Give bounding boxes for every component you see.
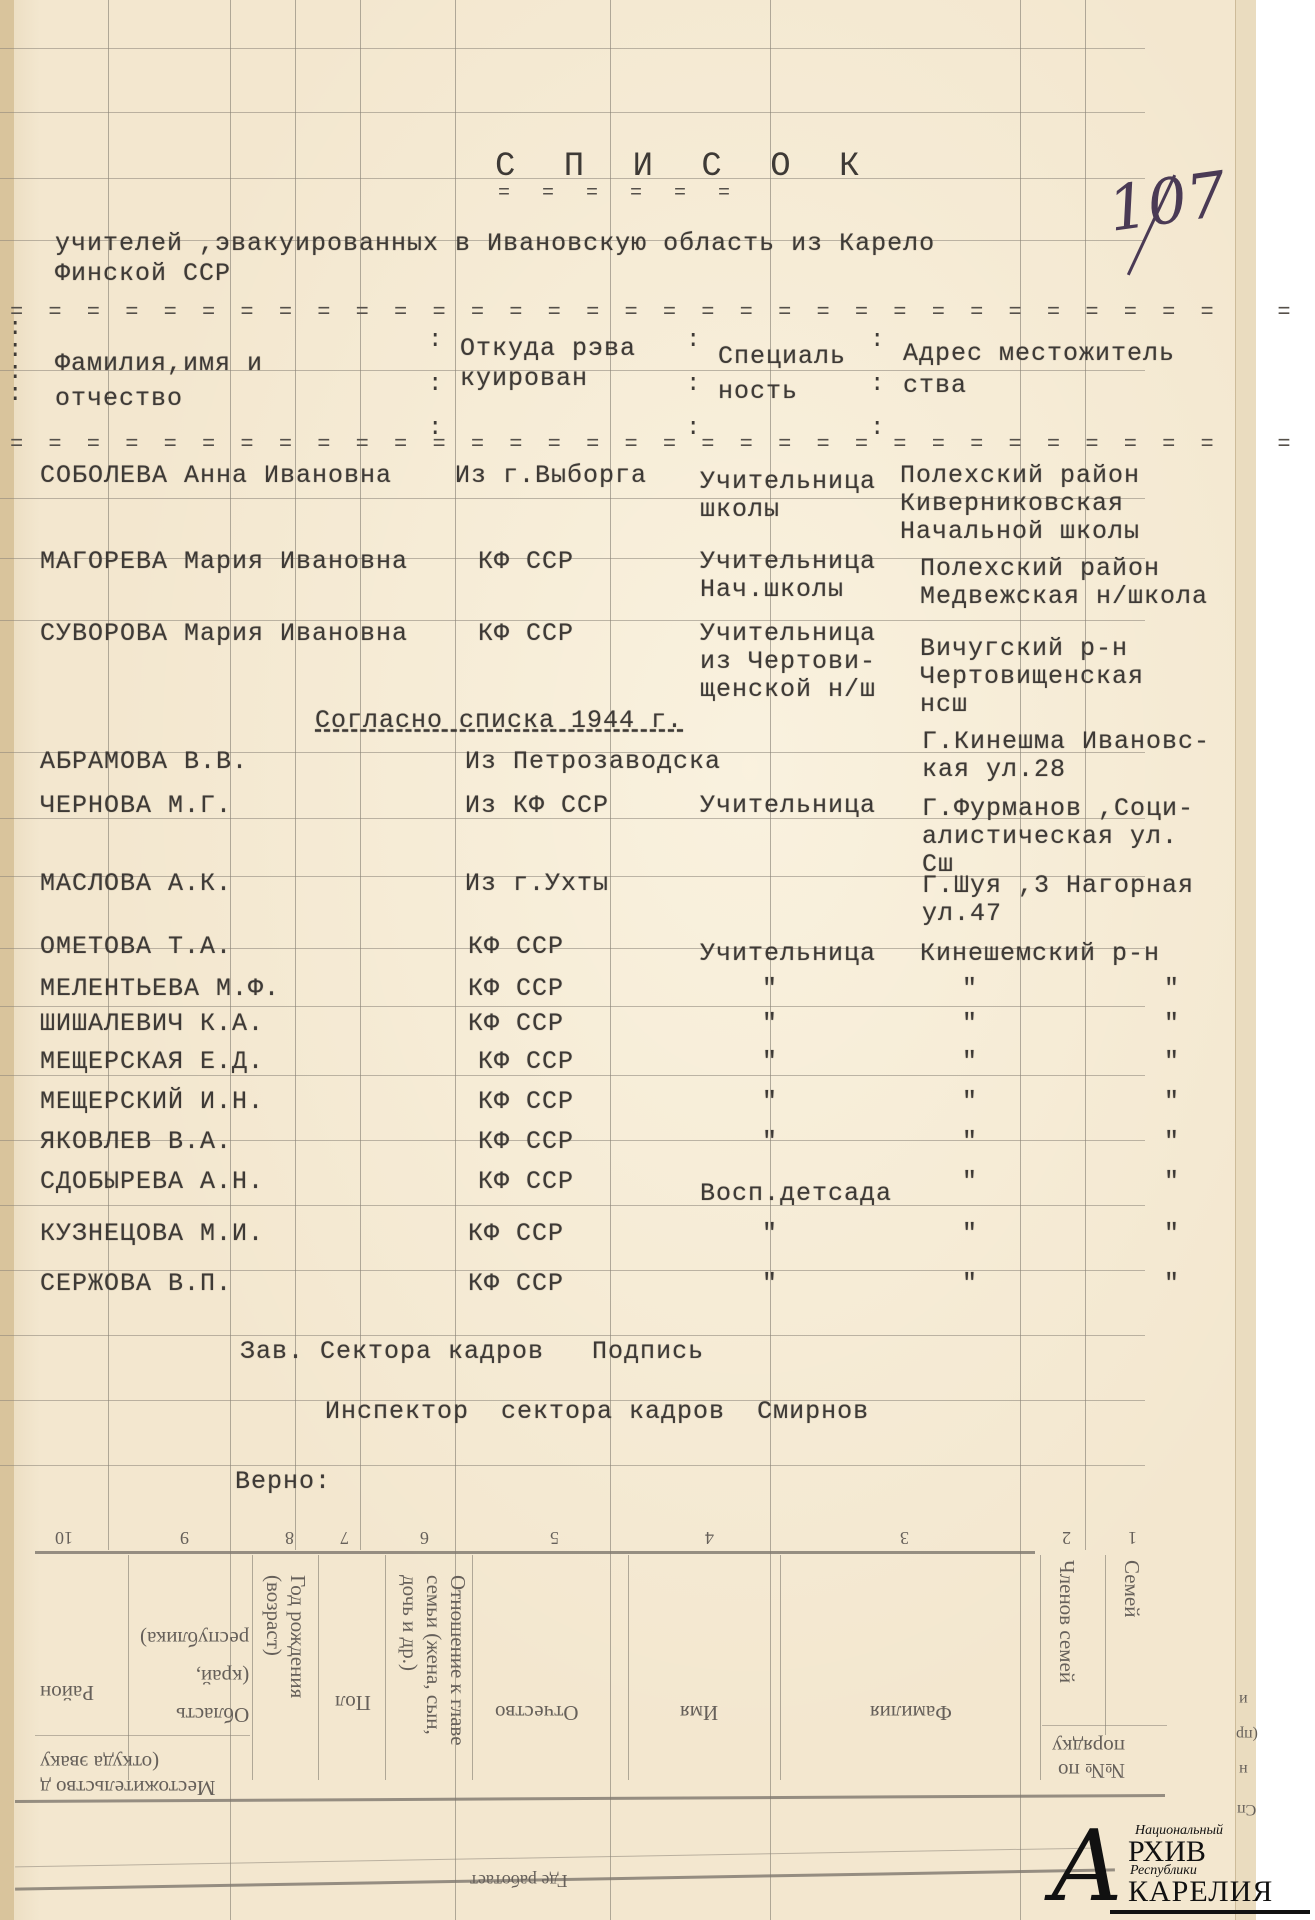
form-header-birth-year: Год рождения (возраст) (262, 1575, 310, 1775)
col-number: 8 (285, 1527, 294, 1548)
ditto-extra: " (1164, 1128, 1180, 1156)
ditto-specialty: " (762, 1048, 778, 1076)
quill-icon (1110, 1910, 1310, 1914)
ditto-address: " (962, 1168, 978, 1196)
logo-letter: А (1050, 1810, 1124, 1920)
section-note: Согласно списка 1944 г. (315, 707, 683, 735)
column-header-from-line2: куирован (460, 365, 588, 393)
col-number: 3 (900, 1527, 909, 1548)
col-number: 10 (55, 1527, 73, 1548)
form-header-family-members: Членов семей (1055, 1560, 1079, 1730)
row-specialty: Учительница (700, 940, 876, 968)
row-from: КФ ССР (468, 933, 564, 961)
row-address: Г.Шуя ,3 Нагорная ул.47 (922, 872, 1194, 928)
ditto-specialty: " (762, 1128, 778, 1156)
ditto-extra: " (1164, 975, 1180, 1003)
form-grid-line (385, 1555, 386, 1780)
row-name: КУЗНЕЦОВА М.И. (40, 1220, 264, 1248)
ruled-line (0, 1205, 1145, 1206)
row-from: КФ ССР (468, 975, 564, 1003)
col-number: 4 (705, 1527, 714, 1548)
form-header-evac-from: (откуда эваку (40, 1750, 159, 1775)
column-header-specialty-line2: ность (718, 378, 798, 406)
ditto-address: " (962, 1010, 978, 1038)
grid-line (610, 0, 611, 1920)
ditto-extra: " (1164, 1220, 1180, 1248)
row-specialty: Учительница Нач.школы (700, 548, 876, 604)
ditto-extra: " (1164, 1048, 1180, 1076)
row-name: СУВОРОВА Мария Ивановна (40, 620, 408, 648)
ditto-extra: " (1164, 1010, 1180, 1038)
logo-line4: КАРЕЛИЯ (1128, 1875, 1273, 1909)
row-name: СОБОЛЕВА Анна Ивановна (40, 462, 392, 490)
margin-fragment: н (1239, 1760, 1248, 1778)
form-grid-line (472, 1555, 473, 1780)
row-name: МЕЛЕНТЬЕВА М.Ф. (40, 975, 280, 1003)
column-header-name-line2: отчество (55, 385, 183, 413)
col-number: 5 (550, 1527, 559, 1548)
ditto-address: " (962, 975, 978, 1003)
row-name: ЯКОВЛЕВ В.А. (40, 1128, 232, 1156)
form-header-sex: Пол (335, 1690, 371, 1715)
document-subtitle-line2: Финской ССР (55, 260, 231, 288)
col-number: 9 (180, 1527, 189, 1548)
row-name: ЧЕРНОВА М.Г. (40, 792, 232, 820)
ruled-line (0, 1465, 1145, 1466)
row-specialty: Восп.детсада (700, 1180, 892, 1208)
row-specialty: Учительница из Чертови- щенской н/ш (700, 620, 876, 704)
ditto-address: " (962, 1128, 978, 1156)
margin-fragment: (пр (1236, 1725, 1258, 1743)
row-from: Из Петрозаводска (465, 748, 721, 776)
col-number: 6 (420, 1527, 429, 1548)
form-header-families: Семей (1120, 1560, 1144, 1650)
ditto-address: " (962, 1220, 978, 1248)
ruled-line (0, 1335, 1145, 1336)
row-from: КФ ССР (468, 1010, 564, 1038)
ditto-extra: " (1164, 1270, 1180, 1298)
row-from: Из г.Ухты (465, 870, 609, 898)
form-lower-rule (15, 1848, 1095, 1868)
binding-spine (0, 0, 14, 1920)
ditto-extra: " (1164, 1168, 1180, 1196)
row-address: Г.Кинешма Ивановс- кая ул.28 (922, 728, 1210, 784)
form-grid-line (628, 1555, 629, 1780)
form-top-rule (35, 1551, 1035, 1554)
row-from: Из г.Выборга (455, 462, 647, 490)
ditto-address: " (962, 1088, 978, 1116)
ditto-address: " (962, 1048, 978, 1076)
form-grid-line (1040, 1555, 1041, 1780)
signature-head-of-sector: Зав. Сектора кадров Подпись (240, 1338, 704, 1366)
document-title: С П И С О К (495, 148, 873, 186)
ditto-specialty: " (762, 1270, 778, 1298)
underlying-page-edge: и (пр н Сп (1235, 0, 1256, 1920)
row-address: Полехский район Медвежская н/школа (920, 555, 1208, 611)
row-from: КФ ССР (478, 548, 574, 576)
row-name: АБРАМОВА В.В. (40, 748, 248, 776)
form-header-residence: Местожительство д (40, 1775, 215, 1800)
row-address: Г.Фурманов ,Соци- алистическая ул. Сш (922, 795, 1194, 879)
row-from: КФ ССР (478, 620, 574, 648)
column-header-address-line2: ства (903, 372, 967, 400)
form-grid-line (128, 1555, 129, 1780)
col-number: 2 (1062, 1527, 1071, 1548)
row-name: ШИШАЛЕВИЧ К.А. (40, 1010, 264, 1038)
row-from: КФ ССР (478, 1168, 574, 1196)
row-from: Из КФ ССР (465, 792, 609, 820)
form-grid-line (780, 1555, 781, 1780)
row-address: Кинешемский р-н (920, 940, 1160, 968)
signature-inspector: Инспектор сектора кадров Смирнов (325, 1398, 869, 1426)
form-sub-rule (35, 1735, 250, 1736)
row-from: КФ ССР (478, 1088, 574, 1116)
ditto-extra: " (1164, 1088, 1180, 1116)
column-header-address-line1: Адрес местожитель (903, 340, 1175, 368)
row-name: МЕЩЕРСКАЯ Е.Д. (40, 1048, 264, 1076)
col-number: 7 (340, 1527, 349, 1548)
margin-fragment: и (1239, 1690, 1248, 1708)
title-underline: = = = = = = (498, 182, 740, 205)
row-specialty: Учительница школы (700, 468, 876, 524)
form-header-relation: Отношение к главе семьи (жена, сын, дочь… (398, 1575, 470, 1785)
ditto-specialty: " (762, 975, 778, 1003)
form-grid-line (318, 1555, 319, 1780)
header-rule-bottom: = = = = = = = = = = = = = = = = = = = = … (10, 432, 1315, 457)
row-address: Вичугский р-н Чертовищенская нсш (920, 635, 1144, 719)
form-header-rayon: Район (40, 1680, 94, 1705)
ditto-specialty: " (762, 1088, 778, 1116)
row-address: Полехский район Киверниковская Начальной… (900, 462, 1140, 546)
row-specialty: Учительница (700, 792, 876, 820)
row-name: МАГОРЕВА Мария Ивановна (40, 548, 408, 576)
form-header-order-number: №№ по порядку (1052, 1735, 1125, 1783)
document-page: С П И С О К = = = = = = учителей ,эвакуи… (0, 0, 1250, 1920)
row-name: МАСЛОВА А.К. (40, 870, 232, 898)
col-number: 1 (1128, 1527, 1137, 1548)
row-from: КФ ССР (478, 1048, 574, 1076)
ruled-line (0, 112, 1145, 113)
ditto-specialty: " (762, 1010, 778, 1038)
form-header-oblast: Область (край, республика) (140, 1620, 249, 1734)
form-grid-line (252, 1555, 253, 1780)
form-grid-line (1105, 1555, 1106, 1735)
ruled-line (0, 48, 1145, 49)
document-subtitle-line1: учителей ,эвакуированных в Ивановскую об… (55, 230, 935, 258)
row-from: КФ ССР (478, 1128, 574, 1156)
row-name: ОМЕТОВА Т.А. (40, 933, 232, 961)
column-header-specialty-line1: Специаль (718, 343, 846, 371)
ruled-line (0, 1006, 1145, 1007)
handwritten-page-number: 107 (1103, 157, 1230, 246)
header-rule-top: = = = = = = = = = = = = = = = = = = = = … (10, 300, 1315, 325)
row-name: МЕЩЕРСКИЙ И.Н. (40, 1088, 264, 1116)
archive-watermark-logo: А Национальный РХИВ Республики КАРЕЛИЯ (1050, 1815, 1315, 1920)
row-name: СДОБЫРЕВА А.Н. (40, 1168, 264, 1196)
row-from: КФ ССР (468, 1270, 564, 1298)
ditto-specialty: " (762, 1220, 778, 1248)
column-header-name-line1: Фамилия,имя и (55, 350, 263, 378)
certified-label: Верно: (235, 1468, 331, 1496)
form-header-patronymic: Отчество (495, 1700, 579, 1725)
row-from: КФ ССР (468, 1220, 564, 1248)
column-header-from-line1: Откуда рэва (460, 335, 636, 363)
form-header-surname: Фамилия (870, 1700, 952, 1725)
ditto-address: " (962, 1270, 978, 1298)
row-name: СЕРЖОВА В.П. (40, 1270, 232, 1298)
form-header-works-where: Где работает (470, 1870, 568, 1891)
form-header-first-name: Имя (680, 1700, 718, 1725)
